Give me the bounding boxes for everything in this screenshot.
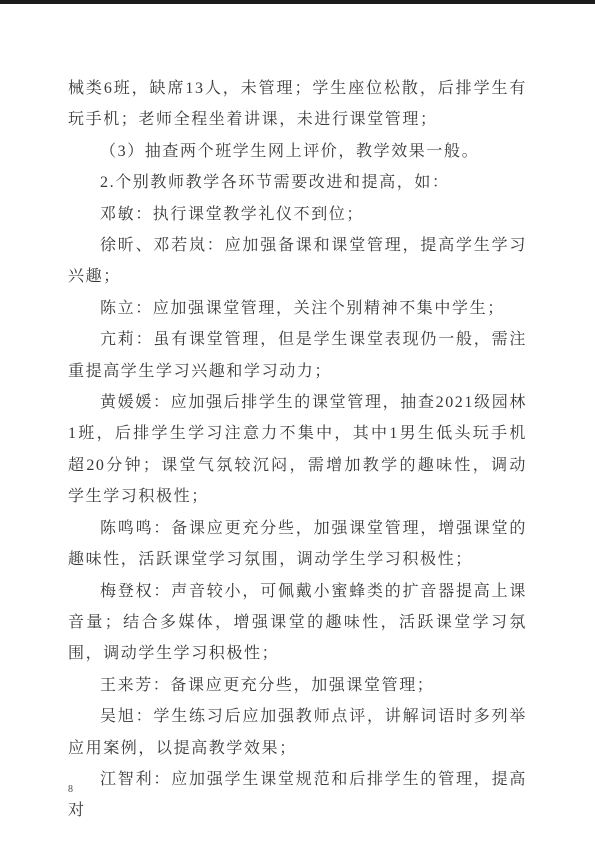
paragraph: 王来芳：备课应更充分些，加强课堂管理； — [68, 670, 527, 701]
top-edge-bar — [0, 0, 595, 4]
paragraph: 械类6班，缺席13人，未管理；学生座位松散，后排学生有玩手机；老师全程坐着讲课，… — [68, 73, 527, 136]
paragraph: 梅登权：声音较小，可佩戴小蜜蜂类的扩音器提高上课音量；结合多媒体，增强课堂的趣味… — [68, 576, 527, 670]
paragraph: 2.个别教师教学各环节需要改进和提高，如： — [68, 167, 527, 198]
paragraph: 黄媛媛：应加强后排学生的课堂管理，抽查2021级园林1班，后排学生学习注意力不集… — [68, 387, 527, 513]
paragraph: 陈立：应加强课堂管理，关注个别精神不集中学生； — [68, 293, 527, 324]
paragraph: 邓敏：执行课堂教学礼仪不到位； — [68, 199, 527, 230]
paragraph: 亢莉：虽有课堂管理，但是学生课堂表现仍一般，需注重提高学生学习兴趣和学习动力； — [68, 324, 527, 387]
paragraph: 徐昕、邓若岚：应加强备课和课堂管理，提高学生学习兴趣； — [68, 230, 527, 293]
document-page: 械类6班，缺席13人，未管理；学生座位松散，后排学生有玩手机；老师全程坐着讲课，… — [0, 0, 595, 841]
page-number: 8 — [68, 784, 73, 796]
paragraph: 陈鸣鸣：备课应更充分些，加强课堂管理，增强课堂的趣味性，活跃课堂学习氛围，调动学… — [68, 513, 527, 576]
paragraph: 江智利：应加强学生课堂规范和后排学生的管理，提高对 — [68, 764, 527, 827]
paragraph: （3）抽查两个班学生网上评价，教学效果一般。 — [68, 136, 527, 167]
paragraph: 吴旭：学生练习后应加强教师点评，讲解词语时多列举应用案例，以提高教学效果； — [68, 701, 527, 764]
document-body: 械类6班，缺席13人，未管理；学生座位松散，后排学生有玩手机；老师全程坐着讲课，… — [68, 73, 527, 827]
